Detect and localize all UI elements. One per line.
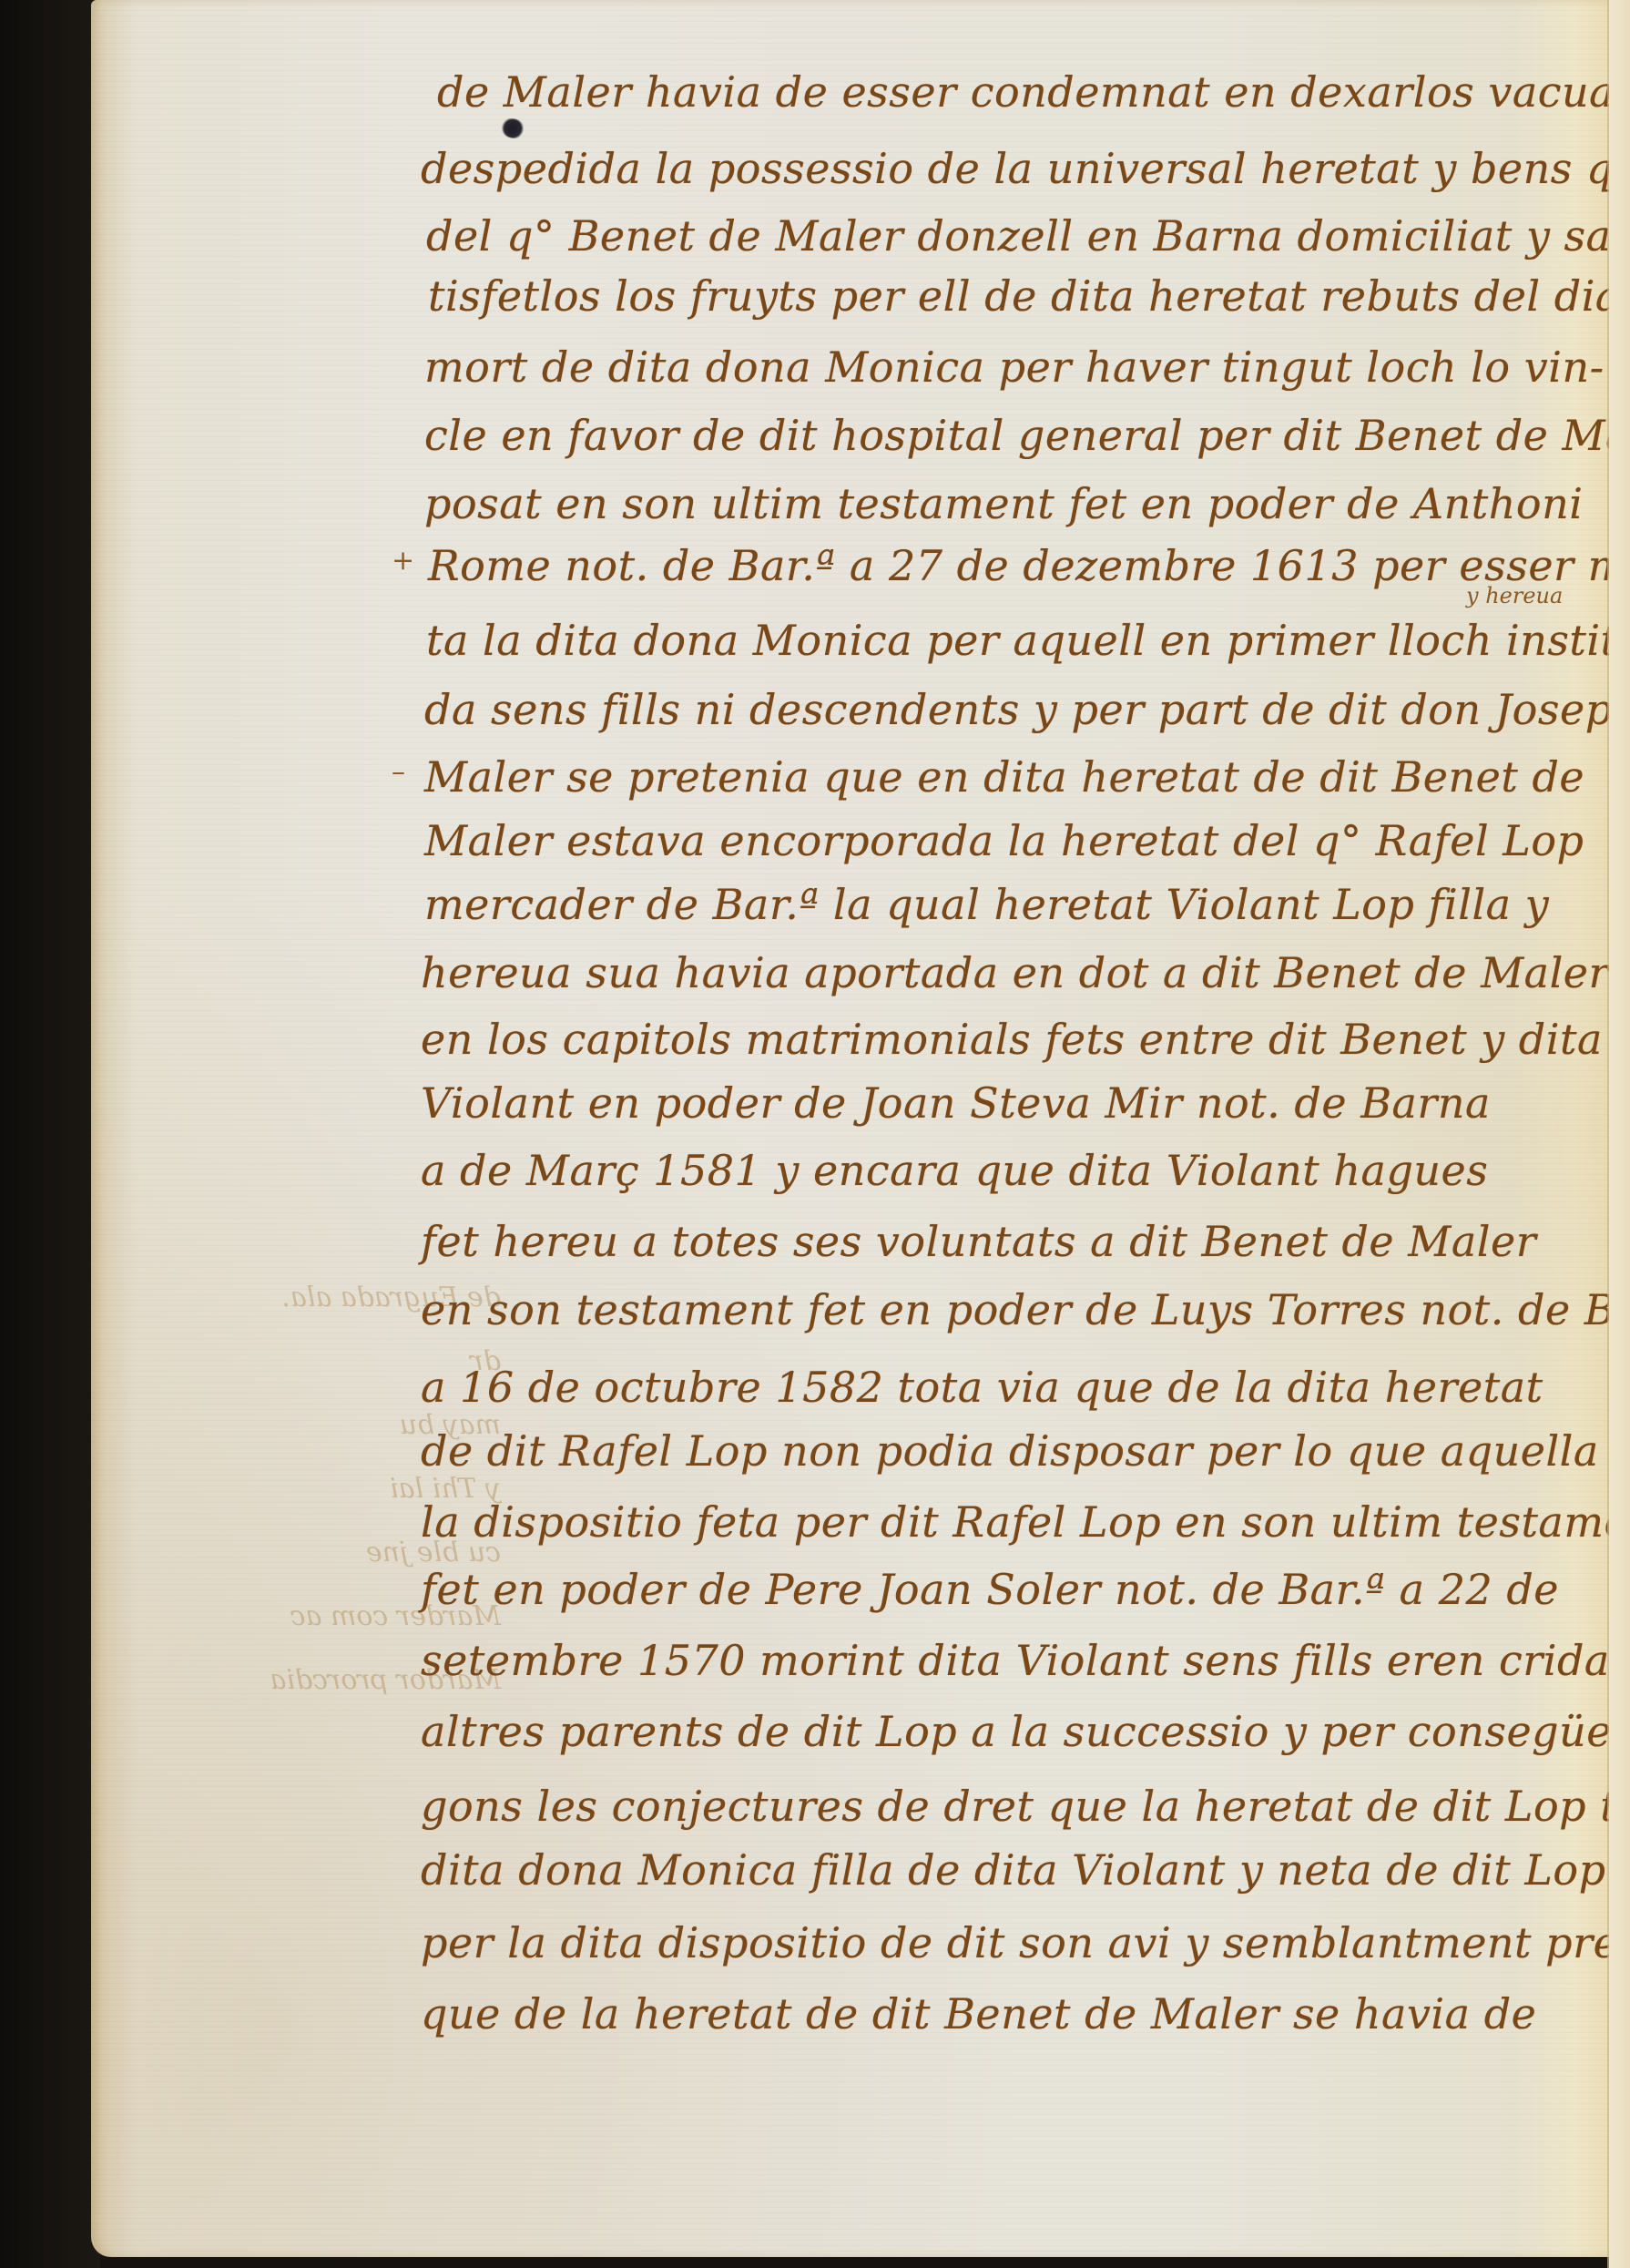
manuscript-line: altres parents de dit Lop a la successio… bbox=[421, 1711, 1630, 1752]
manuscript-line: Violant en poder de Joan Steva Mir not. … bbox=[421, 1082, 1491, 1124]
manuscript-line: Rome not. de Bar.ª a 27 de dezembre 1613… bbox=[428, 545, 1630, 587]
manuscript-page: de Eugrada ala. dr may bu y Thi lai cu b… bbox=[91, 0, 1621, 2257]
manuscript-line: Maler estava encorporada la heretat del … bbox=[424, 820, 1584, 862]
manuscript-line: de Maler havia de esser condemnat en dex… bbox=[437, 71, 1630, 113]
manuscript-line: a 16 de octubre 1582 tota via que de la … bbox=[421, 1366, 1543, 1408]
ink-blot bbox=[501, 118, 525, 138]
manuscript-line: fet en poder de Pere Joan Soler not. de … bbox=[421, 1568, 1559, 1610]
manuscript-line: posat en son ultim testament fet en pode… bbox=[424, 483, 1583, 525]
manuscript-line: que de la heretat de dit Benet de Maler … bbox=[421, 1993, 1536, 2035]
manuscript-line: cle en favor de dit hospital general per… bbox=[424, 414, 1630, 456]
manuscript-line: de dit Rafel Lop non podia disposar per … bbox=[421, 1430, 1630, 1472]
manuscript-line: la dispositio feta per dit Rafel Lop en … bbox=[421, 1501, 1630, 1543]
manuscript-line: despedida la possessio de la universal h… bbox=[421, 148, 1630, 189]
manuscript-line: a de Març 1581 y encara que dita Violant… bbox=[421, 1149, 1488, 1191]
scan-background bbox=[0, 0, 100, 2268]
margin-dash-mark: – bbox=[392, 756, 405, 788]
manuscript-line: Maler se pretenia que en dita heretat de… bbox=[424, 756, 1584, 798]
manuscript-line: setembre 1570 morint dita Violant sens f… bbox=[421, 1640, 1630, 1681]
manuscript-line: gons les conjectures de dret que la here… bbox=[421, 1785, 1630, 1827]
manuscript-line: per la dita dispositio de dit son avi y … bbox=[421, 1922, 1630, 1964]
manuscript-line: mort de dita dona Monica per haver tingu… bbox=[424, 346, 1605, 388]
manuscript-line: hereua sua havia aportada en dot a dit B… bbox=[421, 952, 1609, 994]
manuscript-line: dita dona Monica filla de dita Violant y… bbox=[421, 1849, 1606, 1891]
manuscript-line: ta la dita dona Monica per aquell en pri… bbox=[426, 619, 1630, 661]
manuscript-line: del q° Benet de Maler donzell en Barna d… bbox=[426, 215, 1626, 257]
manuscript-line: fet hereu a totes ses voluntats a dit Be… bbox=[421, 1221, 1536, 1262]
margin-cross-mark: + bbox=[392, 545, 414, 577]
manuscript-line: mercader de Bar.ª la qual heretat Violan… bbox=[424, 884, 1549, 925]
manuscript-line: en los capitols matrimonials fets entre … bbox=[421, 1018, 1603, 1060]
interlinear-insertion: y hereua bbox=[1466, 583, 1563, 608]
manuscript-line: da sens fills ni descendents y per part … bbox=[424, 689, 1630, 730]
manuscript-line: tisfetlos los fruyts per ell de dita her… bbox=[428, 275, 1630, 317]
adjacent-leaf-edge bbox=[1609, 0, 1630, 2268]
manuscript-line: en son testament fet en poder de Luys To… bbox=[421, 1289, 1630, 1331]
